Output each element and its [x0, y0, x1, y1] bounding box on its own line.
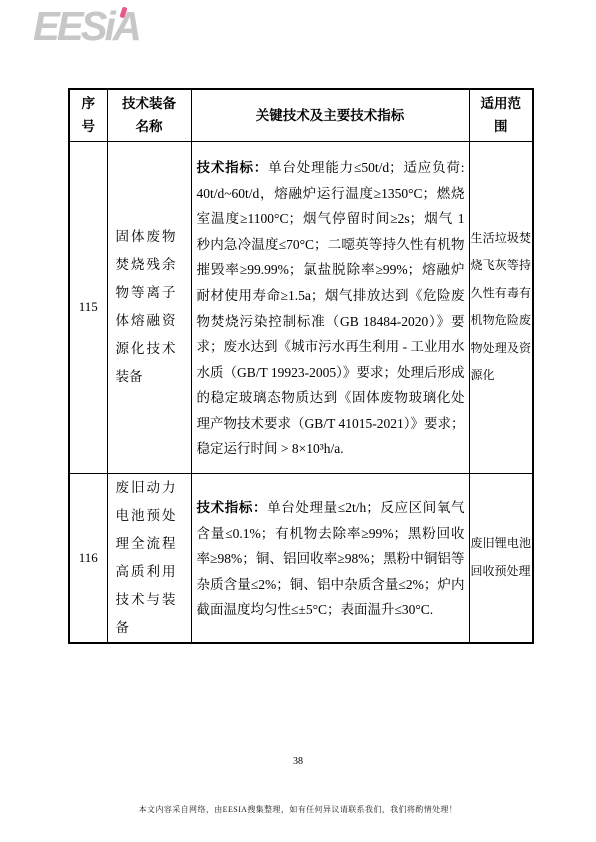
eesia-logo: EESiA [33, 4, 193, 52]
indicator-text: 单台处理能力≤50t/d；适应负荷: 40t/d~60t/d，熔融炉运行温度≥1… [197, 160, 465, 457]
spec-table: 序号 技术装备名称 关键技术及主要技术指标 适用范围 115 固体废物焚烧残余物… [68, 88, 534, 644]
footer-text: 本文内容采自网络，由EESIA搜集整理，如有任何异议请联系我们，我们将酌情处理！ [0, 804, 596, 815]
header-col-scope: 适用范围 [469, 89, 533, 141]
scope-cell: 生活垃圾焚烧飞灰等持久性有毒有机物危险废物处理及资源化 [469, 141, 533, 473]
tech-indicator-cell: 技术指标：单台处理量≤2t/h；反应区间氧气含量≤0.1%；有机物去除率≥99%… [191, 473, 469, 643]
table-row-116: 116 废旧动力电池预处理全流程高质利用技术与装备 技术指标：单台处理量≤2t/… [69, 473, 533, 643]
header-col-equipment-name: 技术装备名称 [107, 89, 191, 141]
table-row-115: 115 固体废物焚烧残余物等离子体熔融资源化技术装备 技术指标：单台处理能力≤5… [69, 141, 533, 473]
tech-indicator-cell: 技术指标：单台处理能力≤50t/d；适应负荷: 40t/d~60t/d，熔融炉运… [191, 141, 469, 473]
indicator-label: 技术指标： [197, 160, 269, 175]
equipment-name-cell: 固体废物焚烧残余物等离子体熔融资源化技术装备 [107, 141, 191, 473]
header-col-serial: 序号 [69, 89, 107, 141]
serial-number-cell: 115 [69, 141, 107, 473]
indicator-text: 单台处理量≤2t/h；反应区间氧气含量≤0.1%；有机物去除率≥99%；黑粉回收… [197, 500, 465, 617]
document-page: EESiA 序号 技术装备名称 关键技术及主要技术指标 适用范围 115 固体废… [0, 0, 596, 842]
header-col-key-tech: 关键技术及主要技术指标 [191, 89, 469, 141]
equipment-name-cell: 废旧动力电池预处理全流程高质利用技术与装备 [107, 473, 191, 643]
indicator-label: 技术指标： [197, 500, 268, 515]
serial-number-cell: 116 [69, 473, 107, 643]
scope-cell: 废旧锂电池回收预处理 [469, 473, 533, 643]
page-number: 38 [0, 756, 596, 767]
table-header-row: 序号 技术装备名称 关键技术及主要技术指标 适用范围 [69, 89, 533, 141]
